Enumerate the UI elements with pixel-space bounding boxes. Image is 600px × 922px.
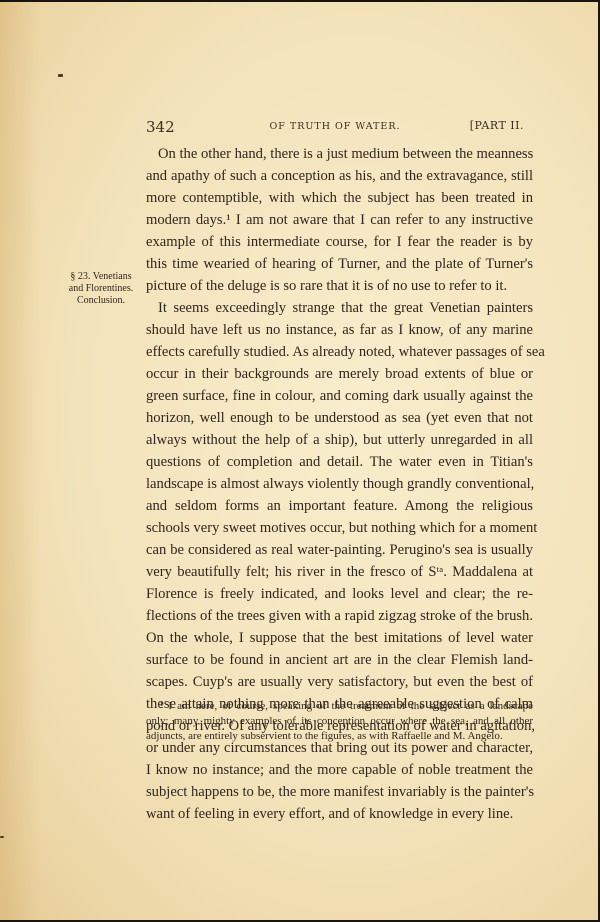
paper-blemish [58, 74, 63, 77]
text-line: example of this intermediate course, for… [146, 231, 533, 253]
sidenote-line: § 23. Venetians [61, 271, 141, 283]
text-line: surface to be found in ancient art are i… [146, 649, 533, 671]
text-line: On the whole, I suppose that the best im… [146, 627, 533, 649]
text-line: and apathy of such a conception as his, … [146, 165, 533, 187]
text-line: horizon, well enough to be understood as… [146, 407, 533, 429]
part-label: [PART II. [470, 119, 524, 132]
text-line: want of feeling in every effort, and of … [146, 803, 533, 825]
text-line: this time wearied of hearing of Turner, … [146, 253, 533, 275]
text-line: should have left us no instance, as far … [146, 319, 533, 341]
text-line: I know no instance; and the more capable… [146, 759, 533, 781]
running-title: OF TRUTH OF WATER. [146, 121, 524, 132]
text-line: landscape is almost always violently tho… [146, 473, 533, 495]
footnote-line: only; many mighty examples of its concep… [146, 714, 533, 729]
footnote-line: ¹ I am here, of course, speaking of the … [146, 699, 533, 714]
text-line: flections of the trees given with a rapi… [146, 605, 533, 627]
text-line: picture of the deluge is so rare that it… [146, 275, 533, 297]
margin-sidenote: § 23. Venetians and Florentines. Conclus… [61, 271, 141, 307]
text-line: schools very sweet motives occur, but no… [146, 517, 533, 539]
text-line: more contemptible, with which the subjec… [146, 187, 533, 209]
text-line: can be considered as real water-painting… [146, 539, 533, 561]
text-line: scapes. Cuyp's are usually very satisfac… [146, 671, 533, 693]
paragraph-2: It seems exceedingly strange that the gr… [146, 297, 533, 825]
paper-blemish [0, 836, 4, 838]
text-line: modern days.¹ I am not aware that I can … [146, 209, 533, 231]
footnote: ¹ I am here, of course, speaking of the … [146, 699, 533, 744]
footnote-line: adjuncts, are entirely subservient to th… [146, 729, 533, 744]
text-line: questions of completion and detail. The … [146, 451, 533, 473]
page-header: 342 OF TRUTH OF WATER. [PART II. [146, 118, 524, 138]
text-line: On the other hand, there is a just mediu… [146, 143, 533, 165]
text-line: occur in their backgrounds are merely br… [146, 363, 533, 385]
text-line: very beautifully felt; his river in the … [146, 561, 533, 583]
text-line: always without the help of a ship), but … [146, 429, 533, 451]
text-line: effects carefully studied. As already no… [146, 341, 533, 363]
text-line: It seems exceedingly strange that the gr… [146, 297, 533, 319]
sidenote-line: Conclusion. [61, 295, 141, 307]
text-line: subject happens to be, the more manifest… [146, 781, 533, 803]
text-line: Florence is freely indicated, and looks … [146, 583, 533, 605]
paragraph-1: On the other hand, there is a just mediu… [146, 143, 533, 297]
text-line: and seldom forms an important feature. A… [146, 495, 533, 517]
book-page: 342 OF TRUTH OF WATER. [PART II. § 23. V… [0, 2, 598, 920]
sidenote-line: and Florentines. [61, 283, 141, 295]
text-line: green surface, fine in colour, and comin… [146, 385, 533, 407]
